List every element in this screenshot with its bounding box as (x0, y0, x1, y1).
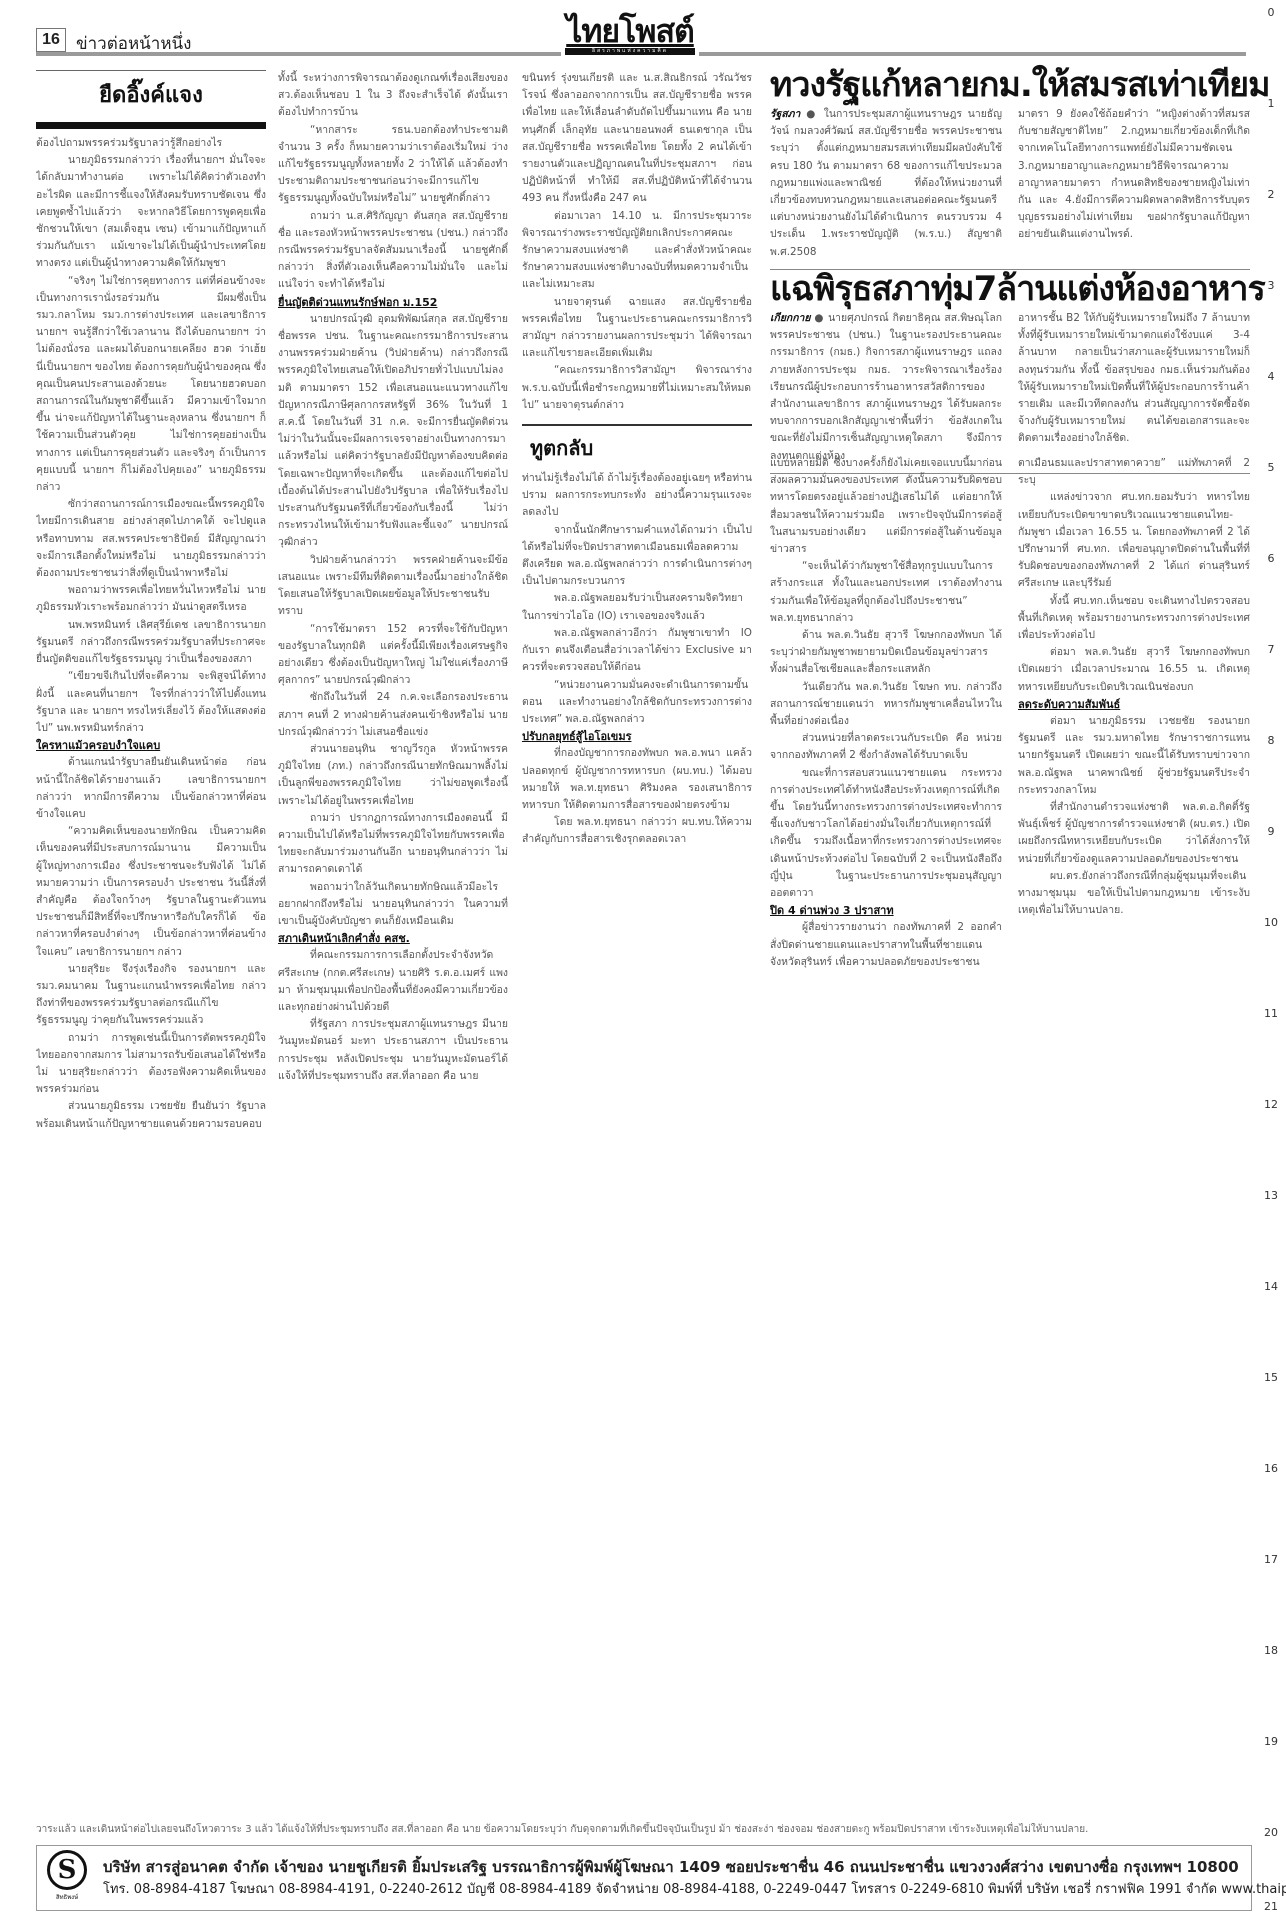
paragraph: แหล่งข่าวจาก ศบ.ทก.ยอมรับว่า ทหารไทยเหยี… (1018, 489, 1250, 592)
paragraph: ส่วนนายภูมิธรรม เวชยชัย ยืนยันว่า รัฐบาล… (36, 1098, 266, 1132)
paragraph: ส่วนหน่วยที่ลาดตระเวนกับระเบิด คือ หน่วย… (770, 730, 1002, 764)
story-headline: แฉพิรุธสภาทุ่ม7ล้านแต่งห้องอาหาร (770, 268, 1250, 310)
ruler-mark: 17 (1258, 1553, 1284, 1566)
paragraph: ที่รัฐสภา การประชุมสภาผู้แทนราษฎร มีนายว… (278, 1016, 508, 1085)
ruler-mark: 18 (1258, 1644, 1284, 1657)
subheading: ปิด 4 ด่านพ่วง 3 ปราสาท (770, 902, 1002, 919)
masthead-name: ไทยโพสต์ (561, 14, 699, 48)
publisher-logo: S สิทธิพงษ์ (47, 1850, 87, 1906)
paragraph: ทั้งนี้ ศบ.ทก.เห็นชอบ จะเดินทางไปตรวจสอบ… (1018, 593, 1250, 645)
column-heading: ยืดอิ๊งค์แจง (36, 70, 266, 129)
imprint-text: บริษัท สารสู่อนาคต จำกัด เจ้าของ นายชูเก… (103, 1855, 1286, 1901)
story-body: รัฐสภา ● ในการประชุมสภาผู้แทนราษฎร นายธั… (770, 106, 1250, 261)
ruler-mark: 6 (1258, 552, 1284, 565)
bullet-icon: ● (806, 108, 818, 120)
paragraph: ที่กองบัญชาการกองทัพบก พล.อ.พนา แคล้วปลอ… (522, 745, 752, 814)
paragraph: โดย พล.ท.ยุทธนา กล่าวว่า ผบ.ทบ.ให้ความสำ… (522, 814, 752, 848)
dateline: รัฐสภา (770, 108, 800, 120)
ruler-mark: 20 (1258, 1826, 1284, 1839)
ruler-mark: 10 (1258, 916, 1284, 929)
story-body-left: รัฐสภา ● ในการประชุมสภาผู้แทนราษฎร นายธั… (770, 106, 1002, 261)
paragraph: ซักว่าสถานการณ์การเมืองขณะนี้พรรคภูมิใจไ… (36, 496, 266, 582)
page-number: 16 (36, 28, 66, 52)
paragraph: ด้านแกนนำรัฐบาลยืนยันเดินหน้าต่อ ก่อนหน้… (36, 754, 266, 823)
paragraph: ถามว่า ปรากฏการณ์ทางการเมืองตอนนี้ มีควา… (278, 810, 508, 879)
subheading: ใครหาแม้วครอบงำใจแคบ (36, 737, 266, 754)
paragraph: ทั้งนี้ ระหว่างการพิจารณาต้องดูเกณฑ์เรื่… (278, 70, 508, 122)
ruler-mark: 1 (1258, 97, 1284, 110)
story-text: นายศุภปกรณ์ กิตยาธิคุณ สส.พิษณุโลก พรรคป… (770, 312, 1002, 462)
paragraph: “เขียวขจีเกินไปที่จะตีความ จะพิสูจน์ได้ท… (36, 668, 266, 737)
ruler-mark: 4 (1258, 370, 1284, 383)
ruler-mark: 12 (1258, 1098, 1284, 1111)
masthead-logo: ไทยโพสต์ อิสรภาพแห่งความคิด (561, 14, 699, 56)
paragraph: ขณะที่การสอบสวนแนวชายแดน กระทรวงการต่างป… (770, 765, 1002, 903)
story-text: ในการประชุมสภาผู้แทนราษฎร นายธัญวัจน์ กม… (770, 108, 1002, 258)
section-box-title: ทูตกลับ (522, 436, 593, 460)
column-3: ขนินทร์ รุ่งขนเกียรติ และ น.ส.สิณธิกรณ์ … (522, 70, 752, 1815)
ruler-mark: 2 (1258, 188, 1284, 201)
paragraph: นพ.พรหมินทร์ เลิศสุรีย์เดช เลขาธิการนายก… (36, 617, 266, 669)
ruler-mark: 3 (1258, 279, 1284, 292)
paragraph: ต่อมา นายภูมิธรรม เวชยชัย รองนายกรัฐมนตร… (1018, 713, 1250, 799)
paragraph: ผบ.ตร.ยังกล่าวถึงกรณีที่กลุ่มผู้ชุมนุมที… (1018, 868, 1250, 920)
line-number-ruler: 0 1 2 3 4 5 6 7 8 9 10 11 12 13 14 15 16… (1258, 0, 1284, 1920)
publisher-logo-icon: S (47, 1850, 87, 1890)
paragraph: ต้องไปถามพรรคร่วมรัฐบาลว่ารู้สึกอย่างไร (36, 135, 266, 152)
paragraph: นายปกรณ์วุฒิ อุดมพิพัฒน์สกุล สส.บัญชีราย… (278, 311, 508, 552)
paragraph: พล.อ.ณัฐพลกล่าวอีกว่า กัมพูชาเขาทำ IO กั… (522, 625, 752, 677)
dateline: เกียกกาย (770, 312, 810, 324)
section-title: ข่าวต่อหน้าหนึ่ง (76, 30, 191, 57)
ruler-mark: 7 (1258, 643, 1284, 656)
paragraph: จากนั้นนักศึกษารามคำแหงได้ถามว่า เป็นไปไ… (522, 522, 752, 591)
paragraph: พอถามว่าใกล้วันเกิดนายทักษิณแล้วมีอะไรอย… (278, 879, 508, 931)
paragraph: “คณะกรรมาธิการวิสามัญฯ พิจารณาร่าง พ.ร.บ… (522, 362, 752, 414)
story-body-right: อาหารชั้น B2 ให้กับผู้รับเหมารายใหม่ถึง … (1018, 310, 1250, 465)
paragraph: ถามว่า การพูดเช่นนี้เป็นการตัดพรรคภูมิใจ… (36, 1030, 266, 1099)
ruler-mark: 8 (1258, 734, 1284, 747)
paragraph: นายสุริยะ จึงรุ่งเรืองกิจ รองนายกฯ และ ร… (36, 961, 266, 1030)
paragraph: แบบหลายมิติ ซึ่งบางครั้งก็ยังไม่เคยเจอแบ… (770, 455, 1002, 558)
paragraph: วิปฝ่ายค้านกล่าวว่า พรรคฝ่ายค้านจะมีข้อเ… (278, 552, 508, 621)
subheading: สภาเดินหน้าเลิกคำสั่ง คสช. (278, 930, 508, 947)
ruler-mark: 21 (1258, 1900, 1284, 1913)
paragraph: นายภูมิธรรมกล่าวว่า เรื่องที่นายกฯ มั่นใ… (36, 152, 266, 272)
ruler-mark: 5 (1258, 461, 1284, 474)
ruler-mark: 14 (1258, 1280, 1284, 1293)
page-header: 16 ข่าวต่อหน้าหนึ่ง ไทยโพสต์ อิสรภาพแห่ง… (36, 14, 1246, 54)
paragraph: ถามว่า น.ส.ศิริกัญญา ตันสกุล สส.บัญชีราย… (278, 208, 508, 294)
paragraph: ซักถึงในวันที่ 24 ก.ค.จะเลือกรองประธานสภ… (278, 689, 508, 741)
paragraph: ต่อมาเวลา 14.10 น. มีการประชุมวาระพิจารณ… (522, 208, 752, 294)
paragraph: ต่อมา พล.ต.วินธัย สุวารี โฆษกกองทัพบก เป… (1018, 644, 1250, 696)
paragraph: ผู้สื่อข่าวรายงานว่า กองทัพภาคที่ 2 ออกค… (770, 919, 1002, 971)
imprint-contact-line: โทร. 08-8984-4187 โฆษณา 08-8984-4191, 0-… (103, 1879, 1286, 1901)
lead-story-left-column: แบบหลายมิติ ซึ่งบางครั้งก็ยังไม่เคยเจอแบ… (770, 455, 1002, 1815)
subheading: ยื่นญัตติด่วนแทนรักษ์ฟอก ม.152 (278, 294, 508, 311)
lead-story-right-column: ตาเมือนธมและปราสาทตาควาย” แม่ทัพภาคที่ 2… (1018, 455, 1250, 1815)
lead-story-continuation: แบบหลายมิติ ซึ่งบางครั้งก็ยังไม่เคยเจอแบ… (770, 455, 1250, 1815)
subheading: ลดระดับความสัมพันธ์ (1018, 696, 1250, 713)
paragraph: ส่วนนายอนุทิน ชาญวีรกูล หัวหน้าพรรคภูมิใ… (278, 741, 508, 810)
ruler-mark: 0 (1258, 6, 1284, 19)
paragraph: นายจาตุรนต์ ฉายแสง สส.บัญชีรายชื่อ พรรคเ… (522, 294, 752, 363)
paragraph: “การใช้มาตรา 152 ควรที่จะใช้กับปัญหาของร… (278, 621, 508, 690)
ruler-mark: 11 (1258, 1007, 1284, 1020)
story-body-left: เกียกกาย ● นายศุภปกรณ์ กิตยาธิคุณ สส.พิษ… (770, 310, 1002, 465)
ruler-mark: 16 (1258, 1462, 1284, 1475)
ruler-mark: 9 (1258, 825, 1284, 838)
paragraph: ท่านไม่รู้เรื่องไม่ได้ ถ้าไม่รู้เรื่องต้… (522, 470, 752, 522)
column-1: ยืดอิ๊งค์แจง ต้องไปถามพรรคร่วมรัฐบาลว่าร… (36, 70, 266, 1815)
paragraph: “หากสาระ รธน.บอกต้องทำประชามติจำนวน 3 คร… (278, 122, 508, 208)
paragraph: ที่คณะกรรมการการเลือกตั้งประจำจังหวัดศรี… (278, 947, 508, 1016)
column-2: ทั้งนี้ ระหว่างการพิจารณาต้องดูเกณฑ์เรื่… (278, 70, 508, 1815)
paragraph: “จะเห็นได้ว่ากัมพูชาใช้สื่อทุกรูปแบบในกา… (770, 558, 1002, 627)
footer-continuation-line: วาระแล้ว และเดินหน้าต่อไปเลยจนถึงโหวตวาร… (36, 1822, 1252, 1837)
imprint-owner-line: บริษัท สารสู่อนาคต จำกัด เจ้าของ นายชูเก… (103, 1855, 1286, 1879)
story-same-sex-marriage: ทวงรัฐแก้หลายกม.ให้สมรสเท่าเทียม รัฐสภา … (770, 64, 1250, 270)
publisher-logo-caption: สิทธิพงษ์ (56, 1892, 78, 1902)
paragraph: ด้าน พล.ต.วินธัย สุวารี โฆษกกองทัพบก ได้… (770, 627, 1002, 679)
paragraph: พล.อ.ณัฐพลยอมรับว่าเป็นสงครามจิตวิทยาในก… (522, 590, 752, 624)
column-heading-title: ยืดอิ๊งค์แจง (99, 83, 203, 108)
paragraph: พอถามว่าพรรคเพื่อไทยหวั่นไหวหรือไม่ นายภ… (36, 582, 266, 616)
paragraph: “หน่วยงานความมั่นคงจะดำเนินการตามขั้นตอน… (522, 677, 752, 729)
bullet-icon: ● (814, 312, 824, 324)
paragraph: ที่สำนักงานตำรวจแห่งชาติ พล.ต.อ.กิตติ์รั… (1018, 799, 1250, 868)
subheading: ปรับกลยุทธ์สู้ไอโอเขมร (522, 728, 752, 745)
story-headline: ทวงรัฐแก้หลายกม.ให้สมรสเท่าเทียม (770, 64, 1250, 106)
story-parliament-restaurant: แฉพิรุธสภาทุ่ม7ล้านแต่งห้องอาหาร เกียกกา… (770, 268, 1250, 474)
paragraph: ตาเมือนธมและปราสาทตาควาย” แม่ทัพภาคที่ 2… (1018, 455, 1250, 489)
story-body: เกียกกาย ● นายศุภปกรณ์ กิตยาธิคุณ สส.พิษ… (770, 310, 1250, 465)
paragraph: “ความคิดเห็นของนายทักษิณ เป็นความคิดเห็น… (36, 823, 266, 961)
ruler-mark: 19 (1258, 1735, 1284, 1748)
section-box-heading: ทูตกลับ (522, 424, 752, 464)
paragraph: วันเดียวกัน พล.ต.วินธัย โฆษก ทบ. กล่าวถึ… (770, 679, 1002, 731)
publisher-imprint: S สิทธิพงษ์ บริษัท สารสู่อนาคต จำกัด เจ้… (36, 1845, 1252, 1911)
story-body-right: มาตรา 9 ยังคงใช้ถ้อยคำว่า “หญิงต่างด้าวท… (1018, 106, 1250, 261)
ruler-mark: 13 (1258, 1189, 1284, 1202)
paragraph: “จริงๆ ไม่ใช่การคุยทางการ แต่ที่ค่อนข้าง… (36, 273, 266, 497)
ruler-mark: 15 (1258, 1371, 1284, 1384)
paragraph: ขนินทร์ รุ่งขนเกียรติ และ น.ส.สิณธิกรณ์ … (522, 70, 752, 208)
